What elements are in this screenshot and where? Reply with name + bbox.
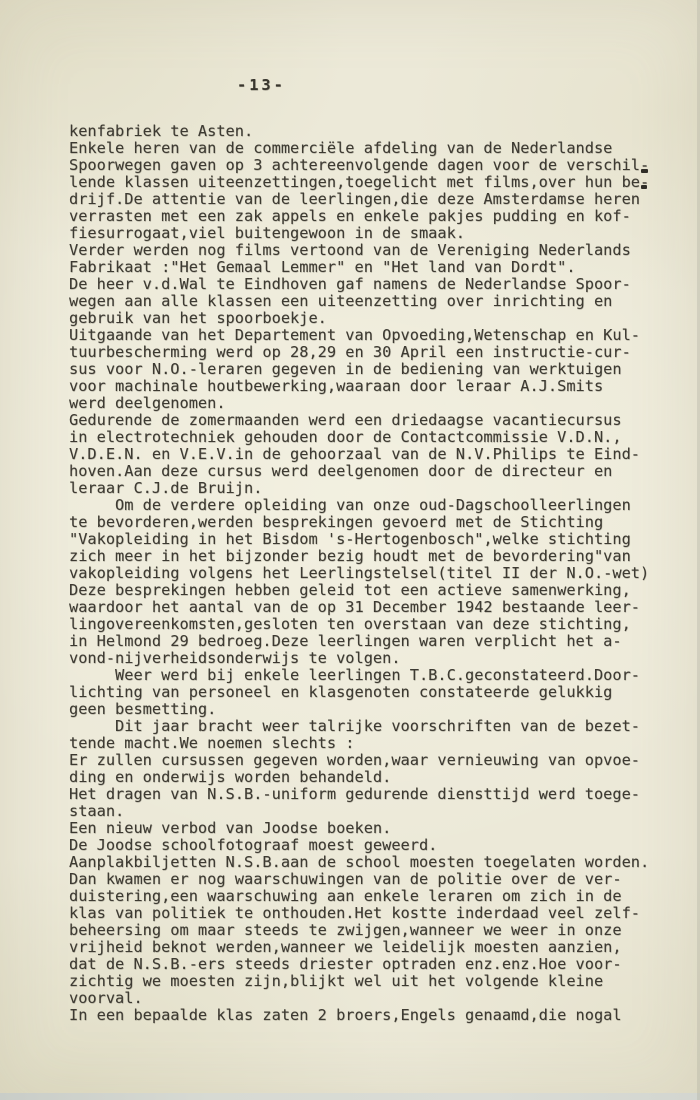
- text-line: Enkele heren van de commerciële afdeling…: [69, 140, 649, 157]
- text-line: In een bepaalde klas zaten 2 broers,Enge…: [69, 1007, 649, 1024]
- text-line: Om de verdere opleiding van onze oud-Dag…: [69, 497, 649, 514]
- text-line: geen besmetting.: [69, 701, 649, 718]
- text-line: in electrotechniek gehouden door de Cont…: [69, 429, 649, 446]
- text-line: lichting van personeel en klasgenoten co…: [69, 684, 649, 701]
- text-line: Er zullen cursussen gegeven worden,waar …: [69, 752, 649, 769]
- text-line: Uitgaande van het Departement van Opvoed…: [69, 327, 649, 344]
- text-line: voor machinale houtbewerking,waaraan doo…: [69, 378, 649, 395]
- text-line: Dit jaar bracht weer talrijke voorschrif…: [69, 718, 649, 735]
- text-line: "Vakopleiding in het Bisdom 's-Hertogenb…: [69, 531, 649, 548]
- text-line: duistering,een waarschuwing aan enkele l…: [69, 888, 649, 905]
- text-line: Spoorwegen gaven op 3 achtereenvolgende …: [69, 157, 649, 174]
- text-line: Weer werd bij enkele leerlingen T.B.C.ge…: [69, 667, 649, 684]
- text-line: gebruik van het spoorboekje.: [69, 310, 649, 327]
- text-line: staan.: [69, 803, 649, 820]
- text-line: leraar C.J.de Bruijn.: [69, 480, 649, 497]
- text-line: Dan kwamen er nog waarschuwingen van de …: [69, 871, 649, 888]
- text-line: drijf.De attentie van de leerlingen,die …: [69, 191, 649, 208]
- scanned-document-page: -13- kenfabriek te Asten.Enkele heren va…: [0, 0, 700, 1100]
- text-line: Verder werden nog films vertoond van de …: [69, 242, 649, 259]
- text-line: zich meer in het bijzonder bezig houdt m…: [69, 548, 649, 565]
- text-line: vakopleiding volgens het Leerlingstelsel…: [69, 565, 649, 582]
- text-line: voorval.: [69, 990, 649, 1007]
- text-line: vrijheid beknot werden,wanneer we leidel…: [69, 939, 649, 956]
- text-line: verrasten met een zak appels en enkele p…: [69, 208, 649, 225]
- text-line: kenfabriek te Asten.: [69, 123, 649, 140]
- text-line: zichtig we moesten zijn,blijkt wel uit h…: [69, 973, 649, 990]
- text-line: vond-nijverheidsonderwijs te volgen.: [69, 650, 649, 667]
- text-line: Het dragen van N.S.B.-uniform gedurende …: [69, 786, 649, 803]
- text-line: De Joodse schoolfotograaf moest geweerd.: [69, 837, 649, 854]
- text-line: Fabrikaat :"Het Gemaal Lemmer" en "Het l…: [69, 259, 649, 276]
- text-line: dat de N.S.B.-ers steeds driester optrad…: [69, 956, 649, 973]
- ink-speck: [641, 169, 648, 173]
- text-line: hoven.Aan deze cursus werd deelgenomen d…: [69, 463, 649, 480]
- text-line: in Helmond 29 bedroeg.Deze leerlingen wa…: [69, 633, 649, 650]
- text-line: fiesurrogaat,viel buitengewoon in de sma…: [69, 225, 649, 242]
- text-line: De heer v.d.Wal te Eindhoven gaf namens …: [69, 276, 649, 293]
- text-line: beheersing om maar steeds te zwijgen,wan…: [69, 922, 649, 939]
- text-line: werd deelgenomen.: [69, 395, 649, 412]
- text-line: Gedurende de zomermaanden werd een dried…: [69, 412, 649, 429]
- text-line: ding en onderwijs worden behandeld.: [69, 769, 649, 786]
- page-body: kenfabriek te Asten.Enkele heren van de …: [69, 123, 649, 1024]
- text-line: te bevorderen,werden besprekingen gevoer…: [69, 514, 649, 531]
- text-line: sus voor N.O.-leraren gegeven in de bedi…: [69, 361, 649, 378]
- scan-edge-bottom: [0, 1093, 700, 1100]
- ink-speck: [641, 185, 647, 189]
- text-line: tende macht.We noemen slechts :: [69, 735, 649, 752]
- text-line: lende klassen uiteenzettingen,toegelicht…: [69, 174, 649, 191]
- text-line: wegen aan alle klassen een uiteenzetting…: [69, 293, 649, 310]
- text-line: V.D.E.N. en V.E.V.in de gehoorzaal van d…: [69, 446, 649, 463]
- text-line: Aanplakbiljetten N.S.B.aan de school moe…: [69, 854, 649, 871]
- text-line: Een nieuw verbod van Joodse boeken.: [69, 820, 649, 837]
- text-line: tuurbescherming werd op 28,29 en 30 Apri…: [69, 344, 649, 361]
- text-line: Deze besprekingen hebben geleid tot een …: [69, 582, 649, 599]
- text-line: lingovereenkomsten,gesloten ten overstaa…: [69, 616, 649, 633]
- page-number: -13-: [237, 76, 286, 94]
- text-line: klas van politiek te onthouden.Het kostt…: [69, 905, 649, 922]
- text-line: waardoor het aantal van de op 31 Decembe…: [69, 599, 649, 616]
